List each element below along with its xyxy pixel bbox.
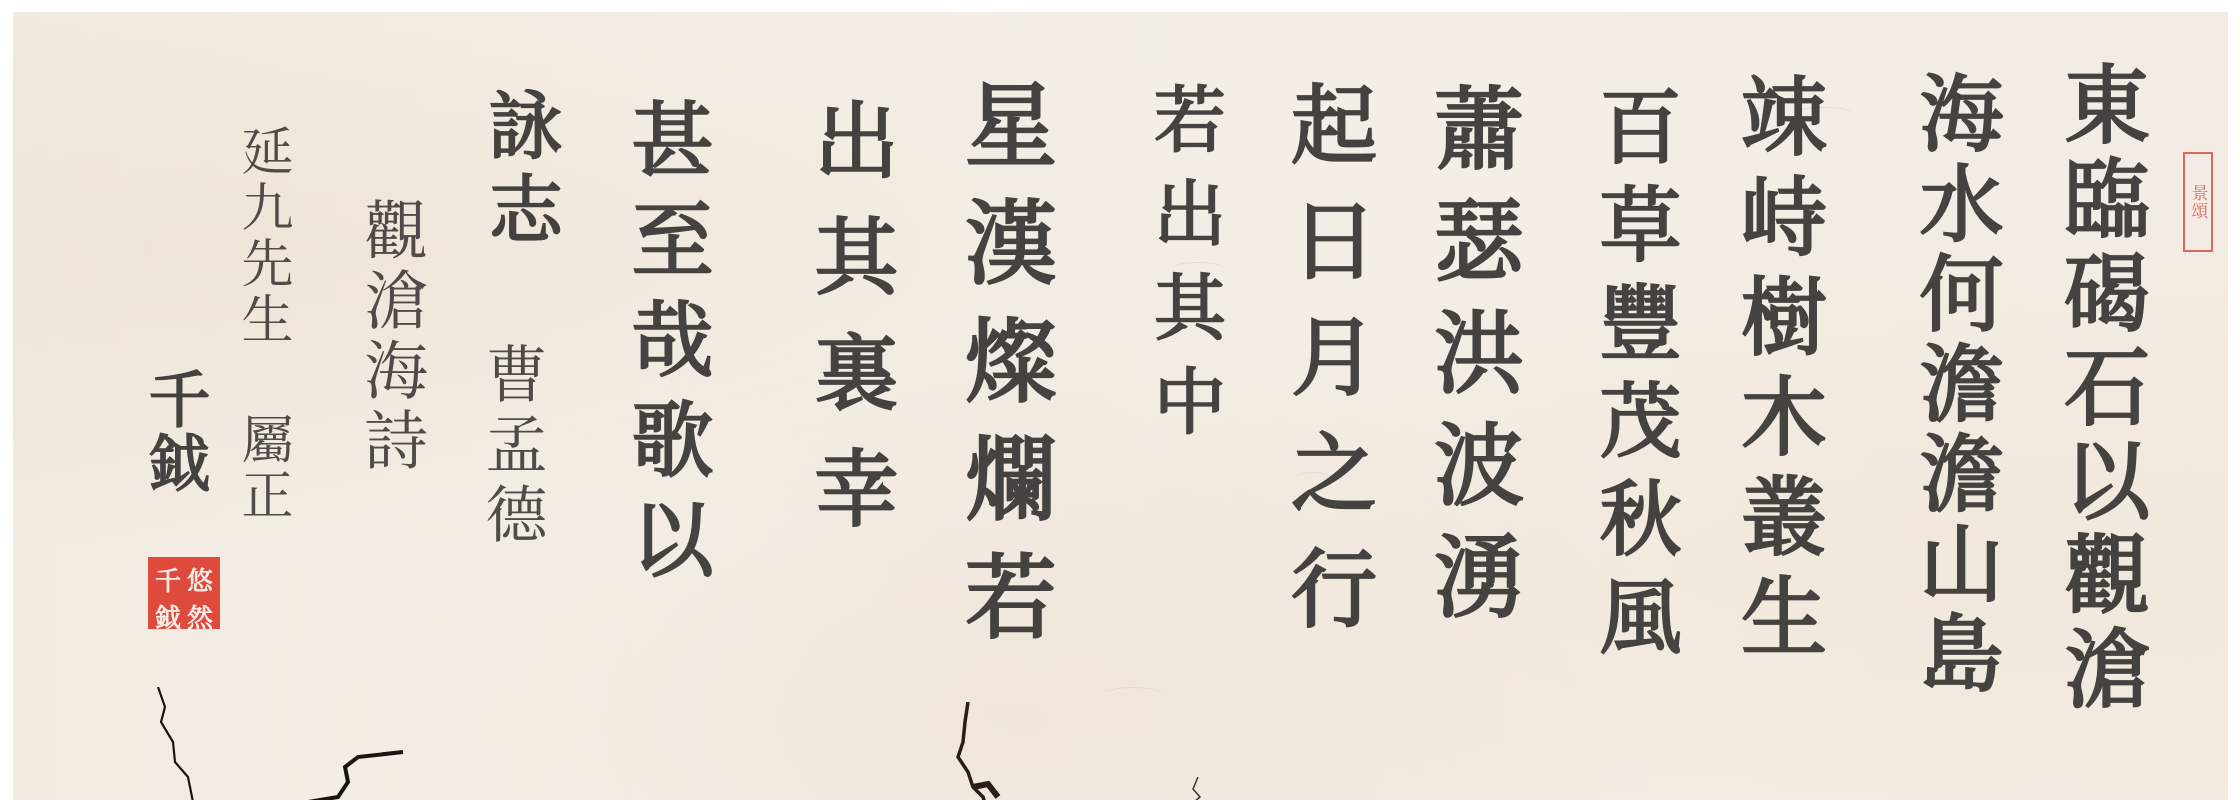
artist-signature: 千鉞 [143,367,205,495]
text-column-5: 蕭瑟洪波湧 [1426,82,1516,642]
text-column-3: 竦峙樹木叢生 [1733,72,1819,672]
text-column-4: 百草豐茂秋風 [1593,84,1675,672]
calligraphy-scroll: 東臨碣石以觀滄 海水何澹澹山島 竦峙樹木叢生 百草豐茂秋風 蕭瑟洪波湧 起日月之… [13,12,2228,800]
text-column-11: 詠志 [483,87,557,255]
seal-char: 鉞 [152,598,184,635]
paper-crack-center [943,702,1013,800]
paper-crack-center-right [1178,777,1208,800]
leading-seal: 景頌 [2183,152,2213,252]
paper-crack-middle-left [303,747,413,800]
paper-crack-left [153,687,213,800]
text-column-10: 甚至哉歌以 [625,97,707,597]
text-column-8: 星漢燦爛若 [958,77,1050,667]
text-column-9: 出其裏幸 [808,97,892,561]
text-column-2: 海水何澹澹山島 [1913,70,1997,700]
text-column-12: 曹孟德 [480,342,542,552]
artist-name-seal: 悠 千 然 鉞 [148,557,220,629]
text-column-13: 觀滄海詩 [358,197,422,477]
text-column-1: 東臨碣石以觀滄 [2056,60,2142,718]
inscription-column: 延九先生 屬正 [236,124,288,524]
text-column-7: 若出其中 [1148,82,1220,458]
seal-char: 然 [184,598,216,635]
paper-fiber [1103,687,1163,702]
seal-char: 悠 [184,561,216,598]
seal-char: 千 [152,561,184,598]
text-column-6: 起日月之行 [1283,80,1369,660]
